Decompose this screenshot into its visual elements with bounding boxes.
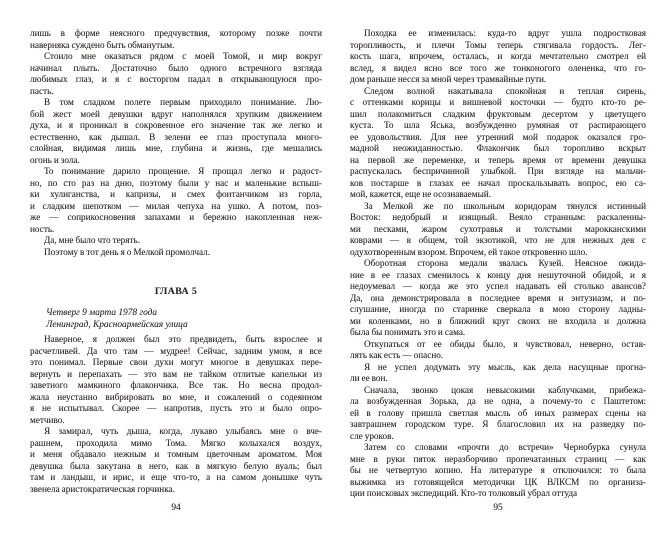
text-line: жала неустанно вибрировать во мне, и сож… [30,392,322,404]
text-line: ние в ее глазах сменилось к концу дня не… [350,270,646,282]
text-line: куста. То шла Яська, возбужденно румяная… [350,120,646,132]
text-line: За Мелкой же по школьным коридорам тянул… [350,201,646,213]
text-line: одухотворенным взором. Впрочем, ей такое… [350,247,646,259]
text-line: ей в голову пришла светлая мысль об иных… [350,408,646,420]
page-number-right: 95 [350,503,646,514]
text-line: То понимание дарило прощение. Я прощал л… [30,166,322,178]
text-line: естественно, как дышал. В зелени ее глаз… [30,132,322,144]
dateline: Четверг 9 марта 1978 года [30,307,322,319]
text-line: вернуть и перепахать — это вам не тайком… [30,369,322,381]
text-line: мне в руки пяток неразборчиво пропечатан… [350,454,646,466]
chapter-heading: ГЛАВА 5 [30,286,322,298]
text-line: Следом волной накатывала спокойная и теп… [350,86,646,98]
text-line: огонь и зола. [30,155,322,167]
text-line: Стоило мне оказаться рядом с моей Томой,… [30,51,322,63]
text-line: любимых глаз, и я с восторгом падал в от… [30,74,322,86]
text-line: Я не успел додумать эту мысль, как дела … [350,362,646,374]
text-line: Поэтому в тот день я о Мелкой промолчал. [30,247,322,259]
right-page-text-column: Походка ее изменилась: куда-то вдруг ушл… [350,28,646,500]
text-line: и меня обдавало нежным и томным цветочны… [30,449,322,461]
text-line: с оттенками корицы и вишневой косточки —… [350,97,646,109]
text-line: ков постарше в глазах ее начал проскальз… [350,178,646,190]
text-line: ми песками, жаром сухотравья и толстыми … [350,224,646,236]
text-line: дом раньше несся за мной через трамвайны… [350,74,646,86]
text-line: начинал плыть. Достаточно было одного вс… [30,63,322,75]
text-line: ции поисковых экспедиций. Кто-то толковы… [350,488,646,500]
text-line: слушание, иногда по старинке сверкала в … [350,304,646,316]
text-line: Я замирал, чуть дыша, когда, лукаво улыб… [30,426,322,438]
text-line: я не испытывал. Скорее — напротив, пусть… [30,403,322,415]
text-line: Да, мне было что терять. [30,235,322,247]
text-line: Оборотная сторона медали звалась Кузей. … [350,258,646,270]
text-line: недоумевал — когда же это успел надавать… [350,281,646,293]
chapter-dateline-block: Четверг 9 марта 1978 годаЛенинград, Крас… [30,307,322,331]
dateline: Ленинград, Красноармейская улица [30,319,322,331]
text-line: пасть. [30,86,322,98]
text-line: бы не четвертую копию. На литературе я о… [350,465,646,477]
text-line: Восток: недобрый и изящный. Веяло странн… [350,212,646,224]
text-line: кость шага, впрочем, осталась, и когда м… [350,51,646,63]
text-line: Затем со словами «прочти до встречи» Чер… [350,442,646,454]
page-number-left: 94 [30,503,322,514]
text-line: девушка была закутана в него, как в мягк… [30,461,322,473]
text-line: на первой же переменке, и теперь время о… [350,155,646,167]
text-line: мадной неожиданностью. Флакончик был тор… [350,143,646,155]
text-line: Походка ее изменилась: куда-то вдруг ушл… [350,28,646,40]
text-line: рашнем, проходила мимо Тома. Мягко колых… [30,438,322,450]
text-line: Да, она демонстрировала в последнее врем… [350,293,646,305]
text-line: там и ландыш, и ирис, и еще что-то, а на… [30,472,322,484]
text-line: мой, кажется, еще не осознаваемый. [350,189,646,201]
text-line: была бы понимать это и сама. [350,327,646,339]
text-line: лишь в форме неясного предчувствия, кото… [30,28,322,40]
text-line: завтрашнем городском туре. Я благословил… [350,419,646,431]
text-line: Наверное, я должен был это предвидеть, б… [30,334,322,346]
text-line: торопливость, и плечи Томы теперь стягив… [350,40,646,52]
text-line: и сладким шепотком — милая чепуха на ушк… [30,201,322,213]
text-line: сле уроков. [350,431,646,443]
text-line: духа, и я проникал в сокровенное его зна… [30,120,322,132]
text-line: расчетливей. Да что там — мудрее! Сейчас… [30,346,322,358]
text-line: метчиво. [30,415,322,427]
text-line: Сначала, звонко цокая невысокими каблучк… [350,385,646,397]
text-line: но, по сто раз на дню, поэтому были у на… [30,178,322,190]
text-line: ми коленками, но в ближний круг своих не… [350,316,646,328]
text-line: ее удовольствия. Для нее утренний мой по… [350,132,646,144]
text-line: шил полакомиться сладким фруктовым десер… [350,109,646,121]
text-line: В том сладком полете первым приходило по… [30,97,322,109]
text-line: это понимал. Первые свои духи могут мног… [30,357,322,369]
text-line: ки хулиганства, и капризы, и смех фонтан… [30,189,322,201]
text-line: распускалась беспричинной улыбкой. При в… [350,166,646,178]
text-line: же — соприкосновения запахами и бережно … [30,212,322,224]
text-line: ли ее вон. [350,373,646,385]
text-line: ность. [30,224,322,236]
book-spread: лишь в форме неясного предчувствия, кото… [0,0,668,540]
text-line: слойная, видимая лишь мне, глубина и жиз… [30,143,322,155]
text-line: ла возбужденная Зорька, да не одна, а по… [350,396,646,408]
text-line: заветного мамкиного флакончика. Все так.… [30,380,322,392]
text-line: наверняка суждено быть обманутым. [30,40,322,52]
text-line: коврами — в общем, той экзотикой, что не… [350,235,646,247]
left-page-text-column: лишь в форме неясного предчувствия, кото… [30,28,322,495]
text-line: звенела аристократическая горчинка. [30,484,322,496]
text-line: выжимка из готовящейся методички ЦК ВЛКС… [350,477,646,489]
text-line: бой жест моей девушки вдруг наполнялся х… [30,109,322,121]
text-line: лять как есть — опасно. [350,350,646,362]
text-line: вслед, я видел ясно все того же тонконог… [350,63,646,75]
text-line: Откупаться от ее обиды было, я чувствова… [350,339,646,351]
